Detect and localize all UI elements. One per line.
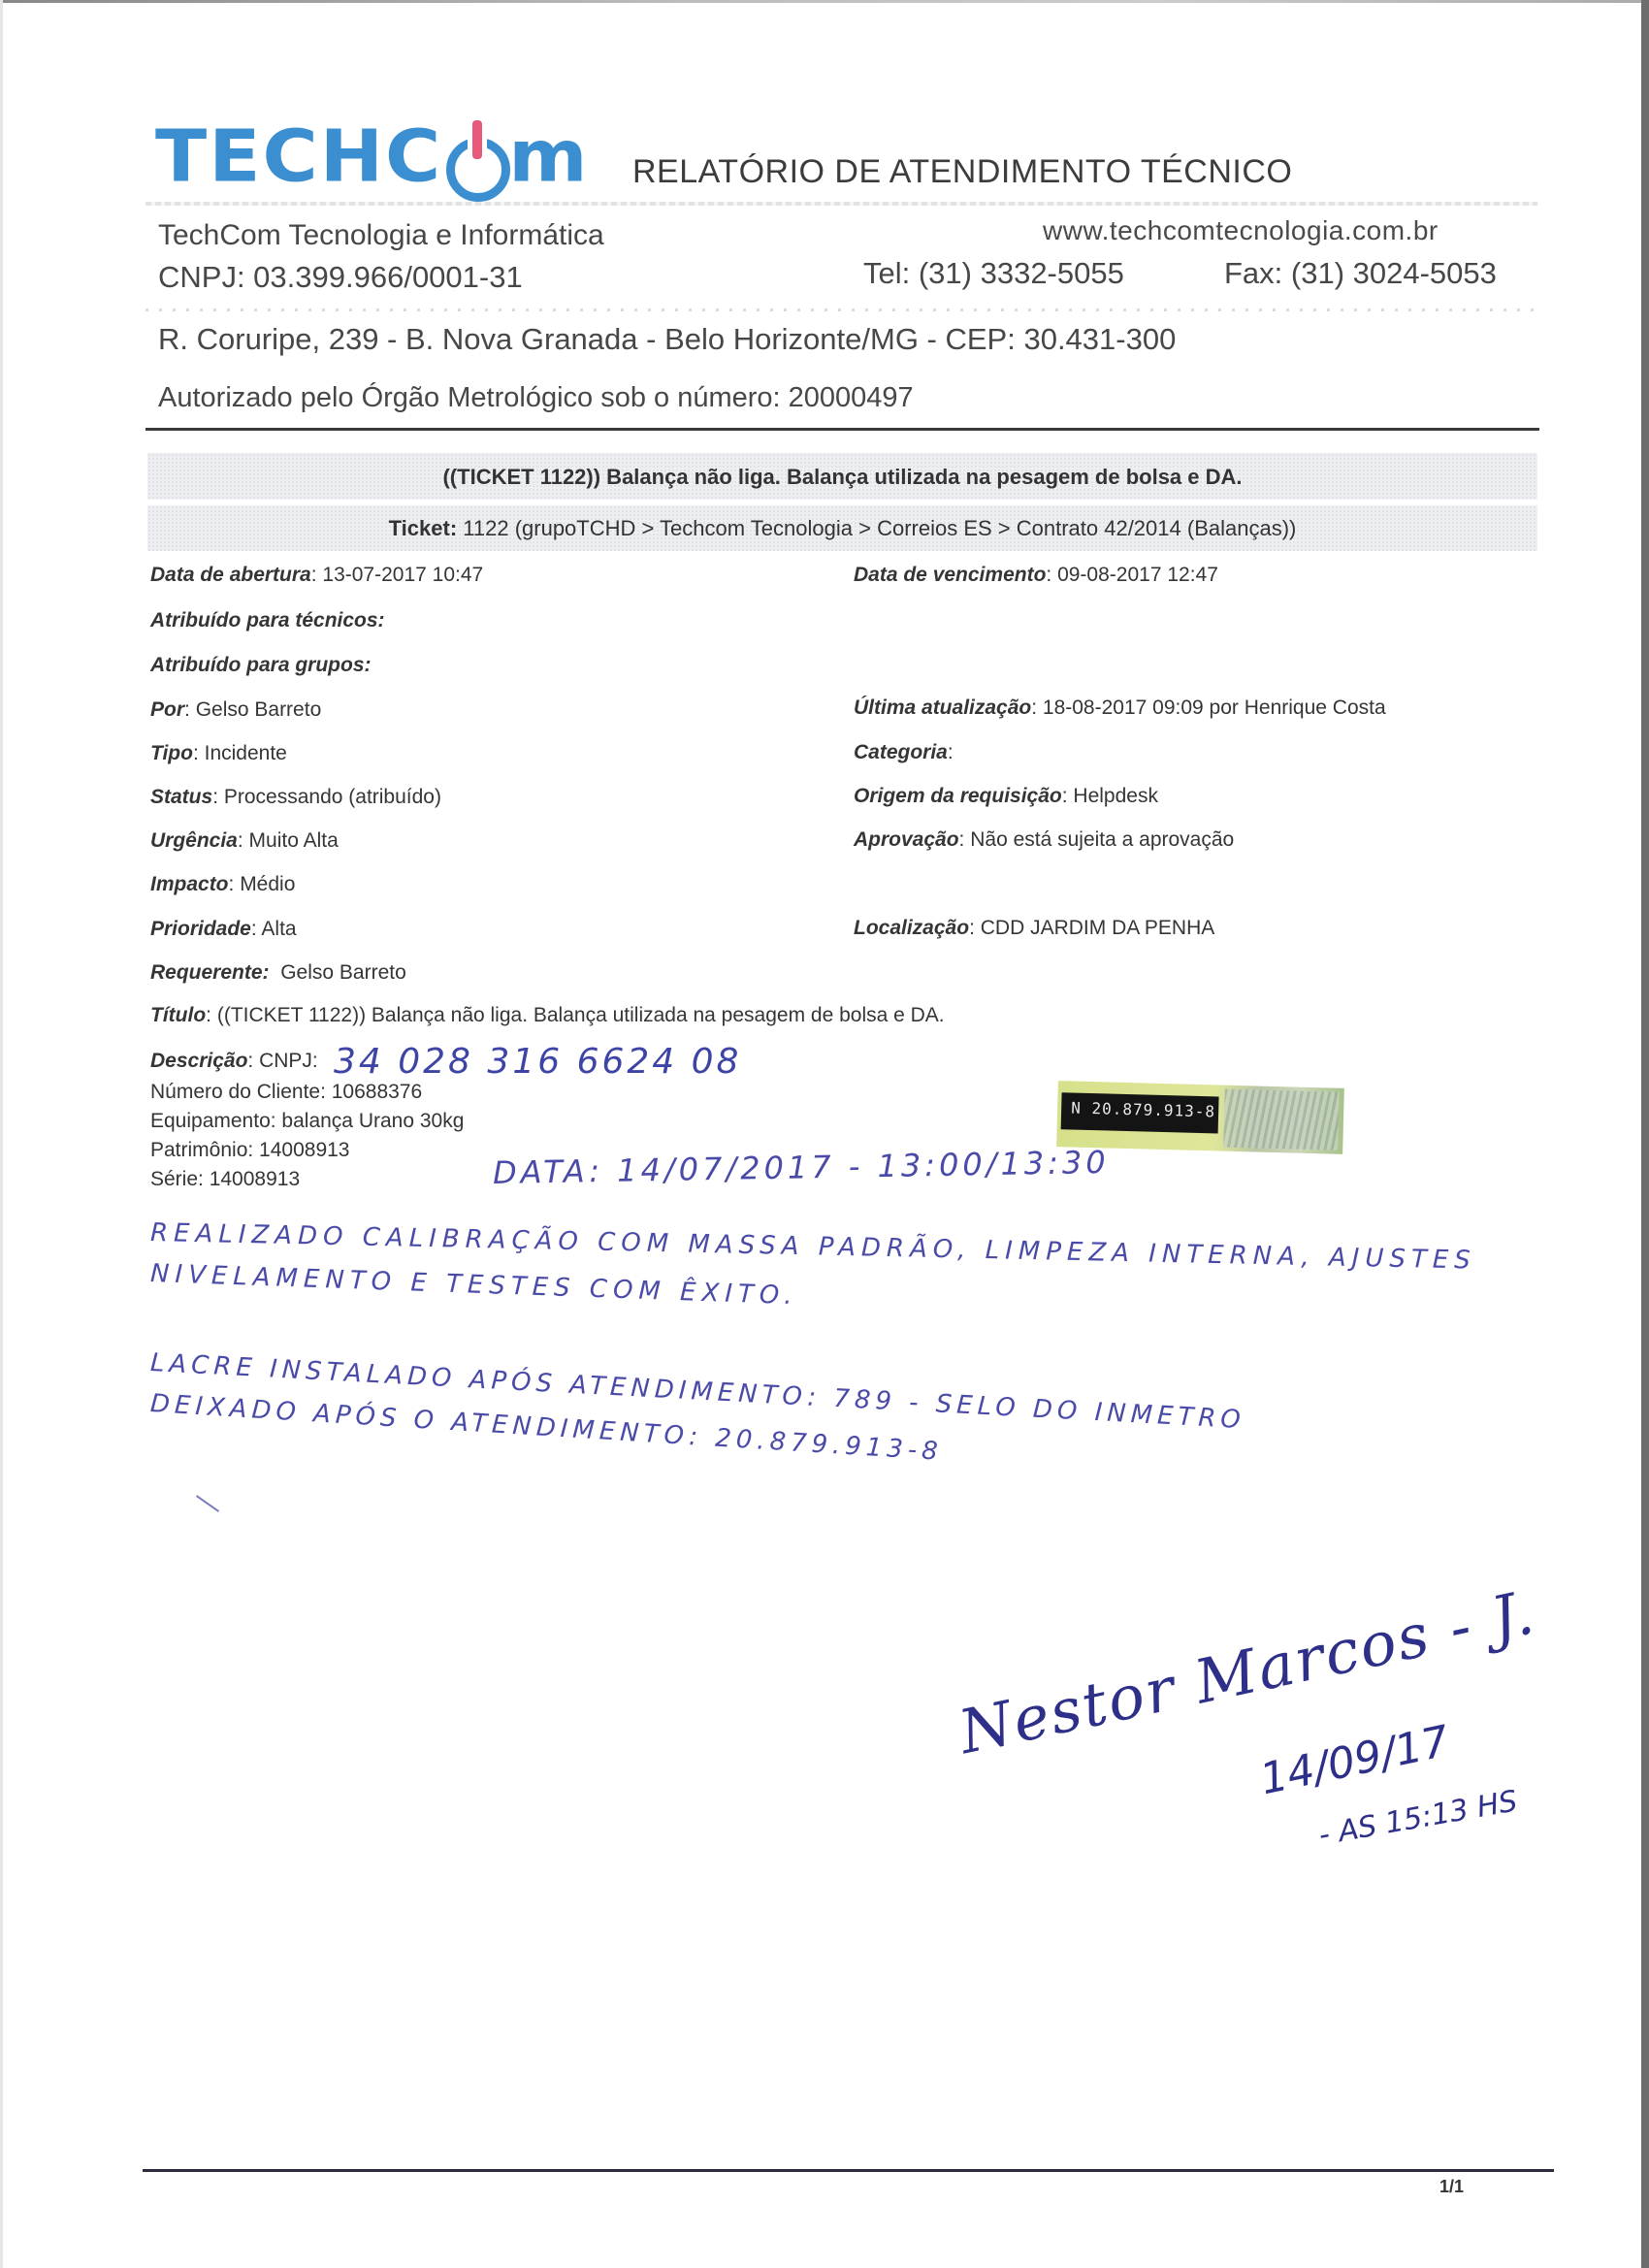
report-title: RELATÓRIO DE ATENDIMENTO TÉCNICO	[632, 153, 1292, 191]
handwritten-note-line: NIVELAMENTO E TESTES COM ÊXITO.	[149, 1259, 798, 1311]
company-name: TechCom Tecnologia e Informática	[158, 219, 604, 252]
signature: Nestor Marcos - J.	[953, 1576, 1540, 1767]
field-categoria: Categoria:	[854, 741, 954, 764]
power-icon	[446, 132, 506, 190]
desc-serie: Série: 14008913	[150, 1168, 300, 1191]
handwritten-cnpj: 34 028 316 6624 08	[334, 1042, 741, 1082]
field-atribuido-grupos: Atribuído para grupos:	[150, 654, 372, 677]
ticket-path: Ticket: 1122 (grupoTCHD > Techcom Tecnol…	[147, 516, 1537, 541]
divider	[145, 308, 1537, 311]
metrology-authorization: Autorizado pelo Órgão Metrológico sob o …	[158, 382, 914, 414]
field-titulo: Título: ((TICKET 1122)) Balança não liga…	[150, 1004, 945, 1027]
page-number: 1/1	[1439, 2177, 1464, 2197]
company-address: R. Coruripe, 239 - B. Nova Granada - Bel…	[158, 322, 1176, 357]
signature-date: 14/09/17	[1256, 1716, 1454, 1804]
field-ultima-atualizacao: Última atualização: 18-08-2017 09:09 por…	[854, 697, 1386, 720]
inmetro-seal-sticker: N 20.879.913-8	[1056, 1081, 1344, 1154]
ticket-title-band: ((TICKET 1122)) Balança não liga. Balanç…	[147, 453, 1537, 500]
techcom-logo: TECHC m	[155, 118, 590, 196]
desc-equipamento: Equipamento: balança Urano 30kg	[150, 1110, 464, 1133]
ticket-title: ((TICKET 1122)) Balança não liga. Balanç…	[147, 465, 1537, 490]
ticket-label: Ticket:	[389, 516, 458, 540]
desc-numero-cliente: Número do Cliente: 10688376	[150, 1081, 422, 1104]
logo-text-prefix: TECHC	[155, 120, 442, 194]
field-descricao: Descrição: CNPJ:	[150, 1050, 318, 1073]
company-cnpj: CNPJ: 03.399.966/0001-31	[158, 260, 523, 295]
company-fax: Fax: (31) 3024-5053	[1224, 256, 1497, 291]
seal-number: N 20.879.913-8	[1071, 1099, 1215, 1121]
signature-block: Nestor Marcos - J. 14/09/17 - AS 15:13 H…	[960, 1562, 1600, 1872]
footer-rule	[143, 2169, 1554, 2172]
handwritten-date: DATA: 14/07/2017 - 13:00/13:30	[493, 1144, 1110, 1191]
seal-hologram	[1223, 1089, 1340, 1150]
field-atribuido-tecnicos: Atribuído para técnicos:	[150, 609, 385, 632]
desc-patrimonio: Patrimônio: 14008913	[150, 1139, 349, 1162]
pen-stroke	[196, 1495, 219, 1512]
field-aprovacao: Aprovação: Não está sujeita a aprovação	[854, 828, 1234, 852]
ticket-path-band: Ticket: 1122 (grupoTCHD > Techcom Tecnol…	[147, 505, 1537, 551]
field-origem-requisicao: Origem da requisição: Helpdesk	[854, 785, 1158, 808]
field-prioridade: Prioridade: Alta	[150, 918, 297, 941]
field-tipo: Tipo: Incidente	[150, 742, 287, 765]
header-rule	[145, 428, 1539, 431]
company-website: www.techcomtecnologia.com.br	[1043, 215, 1439, 246]
field-data-abertura: Data de abertura: 13-07-2017 10:47	[150, 564, 483, 587]
scan-edge-right	[1641, 0, 1649, 2268]
company-phone: Tel: (31) 3332-5055	[863, 256, 1124, 291]
field-impacto: Impacto: Médio	[150, 873, 295, 896]
logo-text-suffix: m	[508, 120, 589, 194]
field-requerente: Requerente: Gelso Barreto	[150, 961, 406, 985]
ticket-path-value: 1122 (grupoTCHD > Techcom Tecnologia > C…	[457, 516, 1296, 540]
field-urgencia: Urgência: Muito Alta	[150, 829, 339, 853]
signature-time: - AS 15:13 HS	[1316, 1784, 1520, 1852]
field-data-vencimento: Data de vencimento: 09-08-2017 12:47	[854, 564, 1218, 587]
scan-edge-top	[0, 0, 1649, 3]
divider	[145, 202, 1537, 206]
field-localizacao: Localização: CDD JARDIM DA PENHA	[854, 917, 1214, 940]
field-por: Por: Gelso Barreto	[150, 698, 321, 722]
scan-edge-left	[0, 0, 3, 2268]
field-status: Status: Processando (atribuído)	[150, 786, 441, 809]
